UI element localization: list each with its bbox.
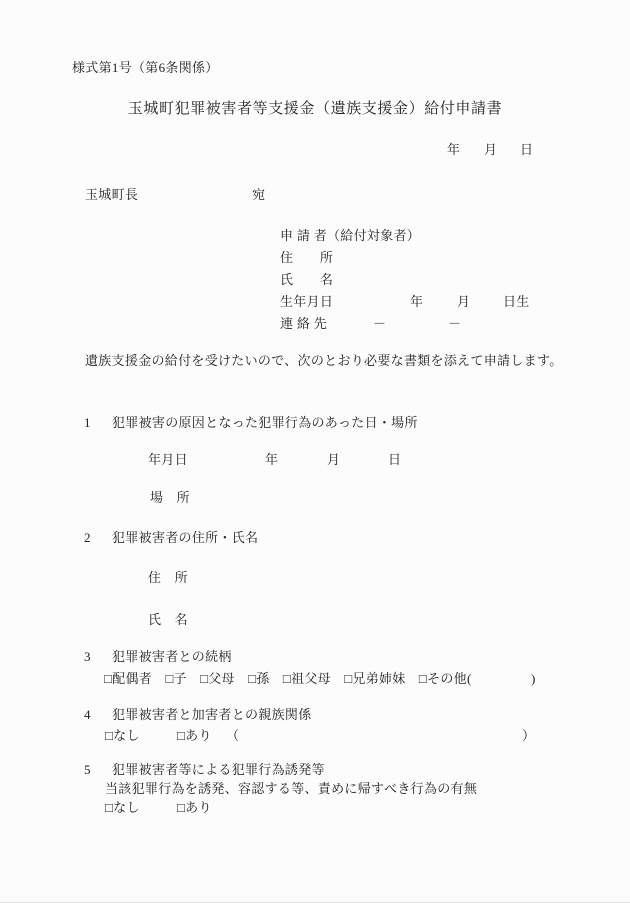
section-4-number: 4 (84, 706, 91, 723)
contact-label: 連 絡 先 (280, 315, 327, 332)
section-2-heading: 犯罪被害者の住所・氏名 (112, 529, 258, 546)
document-title: 玉城町犯罪被害者等支援金（遺族支援金）給付申請書 (0, 101, 630, 118)
section-5-subheading: 当該犯罪行為を誘発、容認する等、責めに帰すべき行為の有無 (105, 780, 477, 797)
applicant-address-label: 住 所 (280, 249, 333, 266)
applicant-name-label: 氏 名 (280, 271, 333, 288)
section-5-number: 5 (84, 761, 91, 778)
section-1-number: 1 (84, 414, 91, 431)
date-day-label: 日 (520, 141, 533, 158)
section-3-number: 3 (84, 648, 91, 665)
section-2-heading-row: 2 犯罪被害者の住所・氏名 (0, 529, 630, 597)
form-number: 様式第1号（第6条関係） (72, 59, 219, 76)
date-month-label: 月 (484, 141, 497, 158)
crime-month-label: 月 (327, 451, 340, 468)
applicant-heading: 申 請 者（給付対象者） (280, 227, 420, 244)
crime-year-label: 年 (265, 451, 278, 468)
provocation-yes-checkbox-option: □あり (177, 799, 212, 816)
crime-place-label: 場 所 (150, 489, 190, 506)
provocation-options-row: □なし □あり (0, 799, 630, 867)
intro-text: 遺族支援金の給付を受けたいので、次のとおり必要な書類を添えて申請します。 (85, 352, 563, 369)
section-4-heading: 犯罪被害者と加害者との親族関係 (112, 706, 312, 723)
section-2-number: 2 (84, 529, 91, 546)
document-page: 様式第1号（第6条関係） 玉城町犯罪被害者等支援金（遺族支援金）給付申請書 年 … (0, 0, 630, 903)
section-1-heading: 犯罪被害の原因となった犯罪行為のあった日・場所 (112, 414, 418, 431)
contact-dash: － (448, 315, 461, 332)
addressee-suffix: 宛 (252, 186, 265, 203)
crime-date-label: 年月日 (148, 451, 188, 468)
birthdate-label: 生年月日 (280, 293, 333, 310)
birth-day-label: 日生 (503, 293, 530, 310)
provocation-none-checkbox-option: □なし (105, 799, 140, 816)
kinship-open-paren: （ (226, 727, 239, 744)
victim-address-label: 住 所 (148, 569, 188, 586)
kinship-yes-checkbox-option: □あり (177, 727, 212, 744)
relationship-other-close-paren: ) (531, 670, 536, 687)
addressee-name: 玉城町長 (85, 186, 138, 203)
birth-year-label: 年 (410, 293, 423, 310)
kinship-close-paren: ） (522, 727, 535, 744)
relationship-checkbox-options: □配偶者 □子 □父母 □孫 □祖父母 □兄弟姉妹 □その他( (104, 670, 472, 687)
crime-day-label: 日 (388, 451, 401, 468)
date-year-label: 年 (447, 141, 460, 158)
section-3-heading: 犯罪被害者との続柄 (112, 648, 232, 665)
section-5-heading: 犯罪被害者等による犯罪行為誘発等 (112, 761, 325, 778)
kinship-none-checkbox-option: □なし (105, 727, 140, 744)
birth-month-label: 月 (457, 293, 470, 310)
victim-name-label: 氏 名 (148, 611, 188, 628)
contact-dash: － (373, 315, 386, 332)
